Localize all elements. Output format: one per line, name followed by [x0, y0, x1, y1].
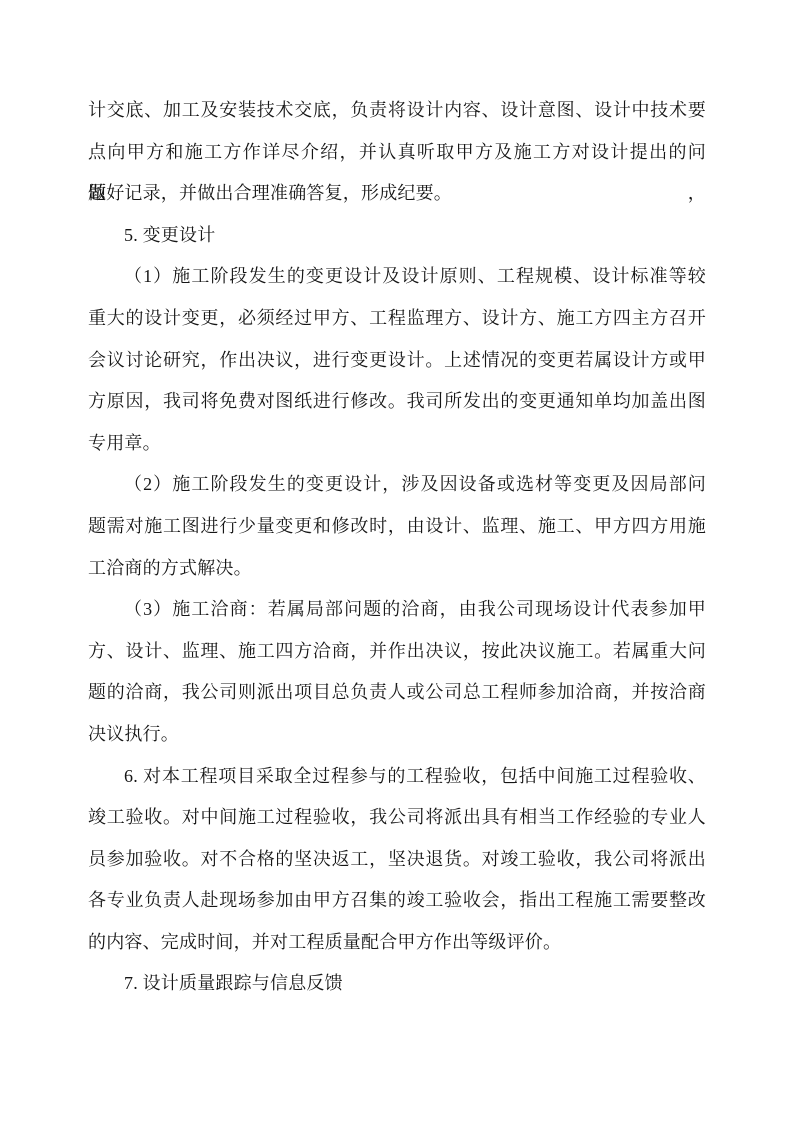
- text-line: 员参加验收。对不合格的坚决返工，坚决退货。对竣工验收，我公司将派出: [88, 839, 706, 881]
- text-line: 6. 对本工程项目采取全过程参与的工程验收，包括中间施工过程验收、: [88, 756, 706, 798]
- text-line: （2）施工阶段发生的变更设计，涉及因设备或选材等变更及因局部问: [88, 464, 706, 506]
- text-line: 计交底、加工及安装技术交底，负责将设计内容、设计意图、设计中技术要: [88, 90, 706, 132]
- paragraph-5-2: （2）施工阶段发生的变更设计，涉及因设备或选材等变更及因局部问题需对施工图进行少…: [88, 464, 706, 589]
- text-line: 方、设计、监理、施工四方洽商，并作出决议，按此决议施工。若属重大问: [88, 631, 706, 673]
- text-line: 题需对施工图进行少量变更和修改时，由设计、监理、施工、甲方四方用施: [88, 506, 706, 548]
- text-line: 会议讨论研究，作出决议，进行变更设计。上述情况的变更若属设计方或甲: [88, 340, 706, 382]
- document-body: 计交底、加工及安装技术交底，负责将设计内容、设计意图、设计中技术要点向甲方和施工…: [88, 90, 706, 1005]
- text-line: 决议执行。: [88, 714, 706, 756]
- text-line: 重大的设计变更，必须经过甲方、工程监理方、设计方、施工方四主方召开: [88, 298, 706, 340]
- paragraph-item-6: 6. 对本工程项目采取全过程参与的工程验收，包括中间施工过程验收、竣工验收。对中…: [88, 756, 706, 964]
- heading-item-7: 7. 设计质量跟踪与信息反馈: [88, 963, 706, 1005]
- text-line: 各专业负责人赴现场参加由甲方召集的竣工验收会，指出工程施工需要整改: [88, 880, 706, 922]
- document-page: 计交底、加工及安装技术交底，负责将设计内容、设计意图、设计中技术要点向甲方和施工…: [0, 0, 793, 1122]
- text-line: 题的洽商，我公司则派出项目总负责人或公司总工程师参加洽商，并按洽商: [88, 672, 706, 714]
- text-line: 工洽商的方式解决。: [88, 548, 706, 590]
- text-line: 点向甲方和施工方作详尽介绍，并认真听取甲方及施工方对设计提出的问题，: [88, 132, 706, 174]
- text-line: 方原因，我司将免费对图纸进行修改。我司所发出的变更通知单均加盖出图: [88, 381, 706, 423]
- paragraph-5-1: （1）施工阶段发生的变更设计及设计原则、工程规模、设计标准等较重大的设计变更，必…: [88, 256, 706, 464]
- text-line: 的内容、完成时间，并对工程质量配合甲方作出等级评价。: [88, 922, 706, 964]
- text-line: （3）施工洽商：若属局部问题的洽商，由我公司现场设计代表参加甲: [88, 589, 706, 631]
- paragraph-5-3: （3）施工洽商：若属局部问题的洽商，由我公司现场设计代表参加甲方、设计、监理、施…: [88, 589, 706, 755]
- paragraph-continuation: 计交底、加工及安装技术交底，负责将设计内容、设计意图、设计中技术要点向甲方和施工…: [88, 90, 706, 215]
- text-line: 5. 变更设计: [88, 215, 706, 257]
- heading-item-5: 5. 变更设计: [88, 215, 706, 257]
- text-line: 专用章。: [88, 423, 706, 465]
- text-line: 7. 设计质量跟踪与信息反馈: [88, 963, 706, 1005]
- text-line: 竣工验收。对中间施工过程验收，我公司将派出具有相当工作经验的专业人: [88, 797, 706, 839]
- text-line: （1）施工阶段发生的变更设计及设计原则、工程规模、设计标准等较: [88, 256, 706, 298]
